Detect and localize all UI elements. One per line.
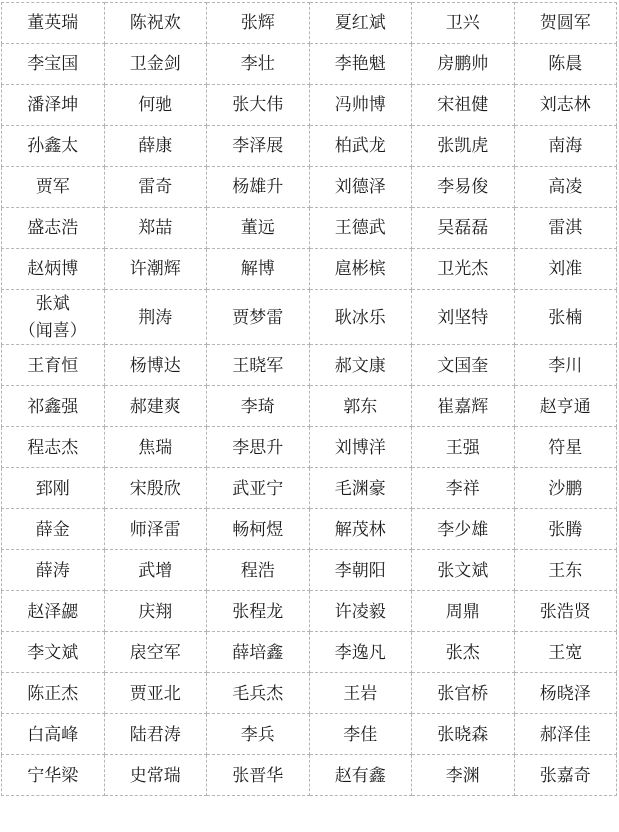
table-cell: 贺圆军 [514, 3, 617, 44]
table-cell: 李泽展 [207, 126, 310, 167]
table-cell: 张大伟 [207, 85, 310, 126]
table-row: 孙鑫太薛康李泽展柏武龙张凯虎南海 [2, 126, 617, 167]
table-cell: 刘博洋 [309, 427, 412, 468]
table-cell: 庆翔 [104, 591, 207, 632]
table-cell: 李文斌 [2, 632, 105, 673]
table-row: 程志杰焦瑞李思升刘博洋王强符星 [2, 427, 617, 468]
table-cell: 杨雄升 [207, 167, 310, 208]
table-row: 赵炳博许潮辉解博扈彬槟卫光杰刘准 [2, 249, 617, 290]
table-cell: 张晓森 [412, 714, 515, 755]
table-row: 贾军雷奇杨雄升刘德泽李易俊高凌 [2, 167, 617, 208]
table-cell: 刘准 [514, 249, 617, 290]
table-cell: 张官桥 [412, 673, 515, 714]
table-cell: 刘德泽 [309, 167, 412, 208]
table-cell: 赵有鑫 [309, 755, 412, 796]
table-row: 白高峰陆君涛李兵李佳张晓森郝泽佳 [2, 714, 617, 755]
table-cell: 陈正杰 [2, 673, 105, 714]
table-cell: 房鹏帅 [412, 44, 515, 85]
table-cell: 郑喆 [104, 208, 207, 249]
table-cell: 祁鑫强 [2, 386, 105, 427]
table-cell: 王东 [514, 550, 617, 591]
table-cell: 毛兵杰 [207, 673, 310, 714]
table-row: 王育恒杨博达王晓军郝文康文国奎李川 [2, 345, 617, 386]
table-row: 董英瑞陈祝欢张辉夏红斌卫兴贺圆军 [2, 3, 617, 44]
table-cell: 赵亨通 [514, 386, 617, 427]
table-cell: 宋祖健 [412, 85, 515, 126]
table-cell: 武亚宁 [207, 468, 310, 509]
table-cell: 郅刚 [2, 468, 105, 509]
page: 董英瑞陈祝欢张辉夏红斌卫兴贺圆军李宝国卫金剑李壮李艳魁房鹏帅陈晨潘泽坤何驰张大伟… [0, 0, 619, 832]
table-cell: 李思升 [207, 427, 310, 468]
table-cell: 王晓军 [207, 345, 310, 386]
table-cell: 陈祝欢 [104, 3, 207, 44]
table-cell: 周鼎 [412, 591, 515, 632]
table-cell: 李宝国 [2, 44, 105, 85]
table-cell: 杨博达 [104, 345, 207, 386]
table-cell: 符星 [514, 427, 617, 468]
table-cell: 夏红斌 [309, 3, 412, 44]
table-cell: 张凯虎 [412, 126, 515, 167]
table-cell: 李易俊 [412, 167, 515, 208]
table-cell: 孙鑫太 [2, 126, 105, 167]
table-cell: 李川 [514, 345, 617, 386]
table-cell: 李渊 [412, 755, 515, 796]
table-row: 李宝国卫金剑李壮李艳魁房鹏帅陈晨 [2, 44, 617, 85]
table-cell: 王宽 [514, 632, 617, 673]
table-cell: 武增 [104, 550, 207, 591]
table-cell: 宁华梁 [2, 755, 105, 796]
table-cell: 何驰 [104, 85, 207, 126]
table-cell: 解博 [207, 249, 310, 290]
table-cell: 李琦 [207, 386, 310, 427]
table-cell: 李少雄 [412, 509, 515, 550]
table-cell: 许凌毅 [309, 591, 412, 632]
table-cell: 畅柯煜 [207, 509, 310, 550]
table-cell: 郝泽佳 [514, 714, 617, 755]
table-cell: 张杰 [412, 632, 515, 673]
table-cell: 薛培鑫 [207, 632, 310, 673]
table-cell: 董英瑞 [2, 3, 105, 44]
table-cell: 卫金剑 [104, 44, 207, 85]
table-cell: 白高峰 [2, 714, 105, 755]
table-row: 潘泽坤何驰张大伟冯帅博宋祖健刘志林 [2, 85, 617, 126]
table-cell: 王德武 [309, 208, 412, 249]
table-cell: 荆涛 [104, 290, 207, 345]
table-cell: 赵炳博 [2, 249, 105, 290]
table-cell: 薛金 [2, 509, 105, 550]
table-cell: 郭东 [309, 386, 412, 427]
table-cell: 王强 [412, 427, 515, 468]
table-row: 陈正杰贾亚北毛兵杰王岩张官桥杨晓泽 [2, 673, 617, 714]
table-cell: 许潮辉 [104, 249, 207, 290]
table-cell: 师泽雷 [104, 509, 207, 550]
table-cell: 文国奎 [412, 345, 515, 386]
table-cell: 陆君涛 [104, 714, 207, 755]
table-cell: 王岩 [309, 673, 412, 714]
table-cell: 郝建爽 [104, 386, 207, 427]
table-cell: 张楠 [514, 290, 617, 345]
table-cell: 李逸凡 [309, 632, 412, 673]
table-cell: 李壮 [207, 44, 310, 85]
table-row: 薛金师泽雷畅柯煜解茂林李少雄张腾 [2, 509, 617, 550]
table-cell: 张腾 [514, 509, 617, 550]
table-cell: 盛志浩 [2, 208, 105, 249]
table-cell: 郝文康 [309, 345, 412, 386]
table-cell: 解茂林 [309, 509, 412, 550]
table-cell: 薛康 [104, 126, 207, 167]
name-roster-table: 董英瑞陈祝欢张辉夏红斌卫兴贺圆军李宝国卫金剑李壮李艳魁房鹏帅陈晨潘泽坤何驰张大伟… [1, 2, 617, 796]
table-cell: 耿冰乐 [309, 290, 412, 345]
table-cell: 卫光杰 [412, 249, 515, 290]
table-row: 宁华梁史常瑞张晋华赵有鑫李渊张嘉奇 [2, 755, 617, 796]
table-cell: 杨晓泽 [514, 673, 617, 714]
table-cell: 张晋华 [207, 755, 310, 796]
table-cell: 贾亚北 [104, 673, 207, 714]
table-cell: 张文斌 [412, 550, 515, 591]
table-cell: 陈晨 [514, 44, 617, 85]
table-cell: 扆空军 [104, 632, 207, 673]
table-cell: 赵泽勰 [2, 591, 105, 632]
table-row: 祁鑫强郝建爽李琦郭东崔嘉辉赵亨通 [2, 386, 617, 427]
table-row: 张斌 （闻喜）荆涛贾梦雷耿冰乐刘坚特张楠 [2, 290, 617, 345]
table-cell: 潘泽坤 [2, 85, 105, 126]
table-cell: 贾军 [2, 167, 105, 208]
table-cell: 卫兴 [412, 3, 515, 44]
table-row: 盛志浩郑喆董远王德武吴磊磊雷淇 [2, 208, 617, 249]
table-cell: 李佳 [309, 714, 412, 755]
table-cell: 柏武龙 [309, 126, 412, 167]
table-row: 赵泽勰庆翔张程龙许凌毅周鼎张浩贤 [2, 591, 617, 632]
table-cell: 吴磊磊 [412, 208, 515, 249]
table-cell: 张斌 （闻喜） [2, 290, 105, 345]
table-cell: 李兵 [207, 714, 310, 755]
table-cell: 雷淇 [514, 208, 617, 249]
table-cell: 贾梦雷 [207, 290, 310, 345]
name-roster-body: 董英瑞陈祝欢张辉夏红斌卫兴贺圆军李宝国卫金剑李壮李艳魁房鹏帅陈晨潘泽坤何驰张大伟… [2, 3, 617, 796]
table-cell: 薛涛 [2, 550, 105, 591]
table-row: 李文斌扆空军薛培鑫李逸凡张杰王宽 [2, 632, 617, 673]
table-cell: 高凌 [514, 167, 617, 208]
table-row: 郅刚宋殷欣武亚宁毛渊豪李祥沙鹏 [2, 468, 617, 509]
table-cell: 李祥 [412, 468, 515, 509]
table-cell: 李朝阳 [309, 550, 412, 591]
table-cell: 沙鹏 [514, 468, 617, 509]
table-cell: 崔嘉辉 [412, 386, 515, 427]
table-cell: 程志杰 [2, 427, 105, 468]
table-cell: 史常瑞 [104, 755, 207, 796]
table-cell: 张辉 [207, 3, 310, 44]
table-cell: 程浩 [207, 550, 310, 591]
table-cell: 张程龙 [207, 591, 310, 632]
table-cell: 刘坚特 [412, 290, 515, 345]
table-cell: 毛渊豪 [309, 468, 412, 509]
table-cell: 焦瑞 [104, 427, 207, 468]
table-cell: 张嘉奇 [514, 755, 617, 796]
table-cell: 南海 [514, 126, 617, 167]
table-row: 薛涛武增程浩李朝阳张文斌王东 [2, 550, 617, 591]
table-cell: 董远 [207, 208, 310, 249]
table-cell: 张浩贤 [514, 591, 617, 632]
table-cell: 李艳魁 [309, 44, 412, 85]
table-cell: 雷奇 [104, 167, 207, 208]
table-cell: 刘志林 [514, 85, 617, 126]
table-cell: 王育恒 [2, 345, 105, 386]
table-cell: 扈彬槟 [309, 249, 412, 290]
table-cell: 冯帅博 [309, 85, 412, 126]
table-cell: 宋殷欣 [104, 468, 207, 509]
